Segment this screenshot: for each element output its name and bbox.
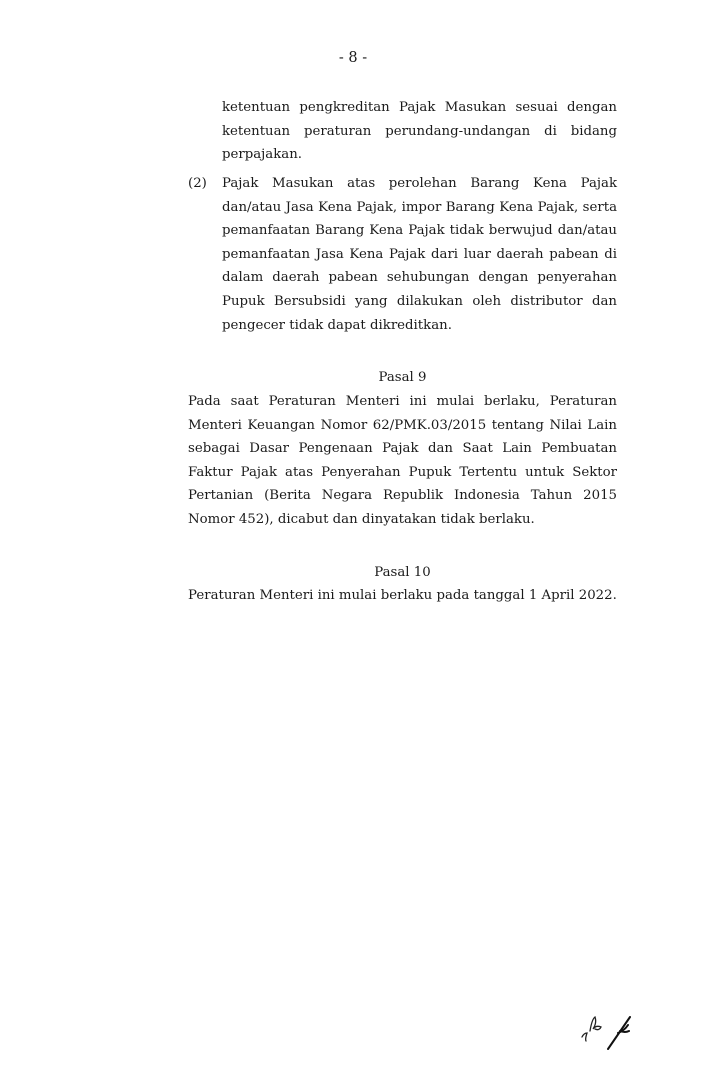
list-item: (2) Pajak Masukan atas perolehan Barang … [188,172,617,337]
page-number: - 8 - [0,50,706,66]
continuation-paragraph: ketentuan pengkreditan Pajak Masukan ses… [222,96,617,167]
section-paragraph: Peraturan Menteri ini mulai berlaku pada… [188,584,617,608]
section-heading: Pasal 10 [188,565,617,580]
item-text: Pajak Masukan atas perolehan Barang Kena… [222,172,617,337]
section-paragraph: Pada saat Peraturan Menteri ini mulai be… [188,390,617,532]
item-number: (2) [188,172,207,196]
initials-signature-icon [578,1005,648,1055]
section-heading: Pasal 9 [188,370,617,385]
